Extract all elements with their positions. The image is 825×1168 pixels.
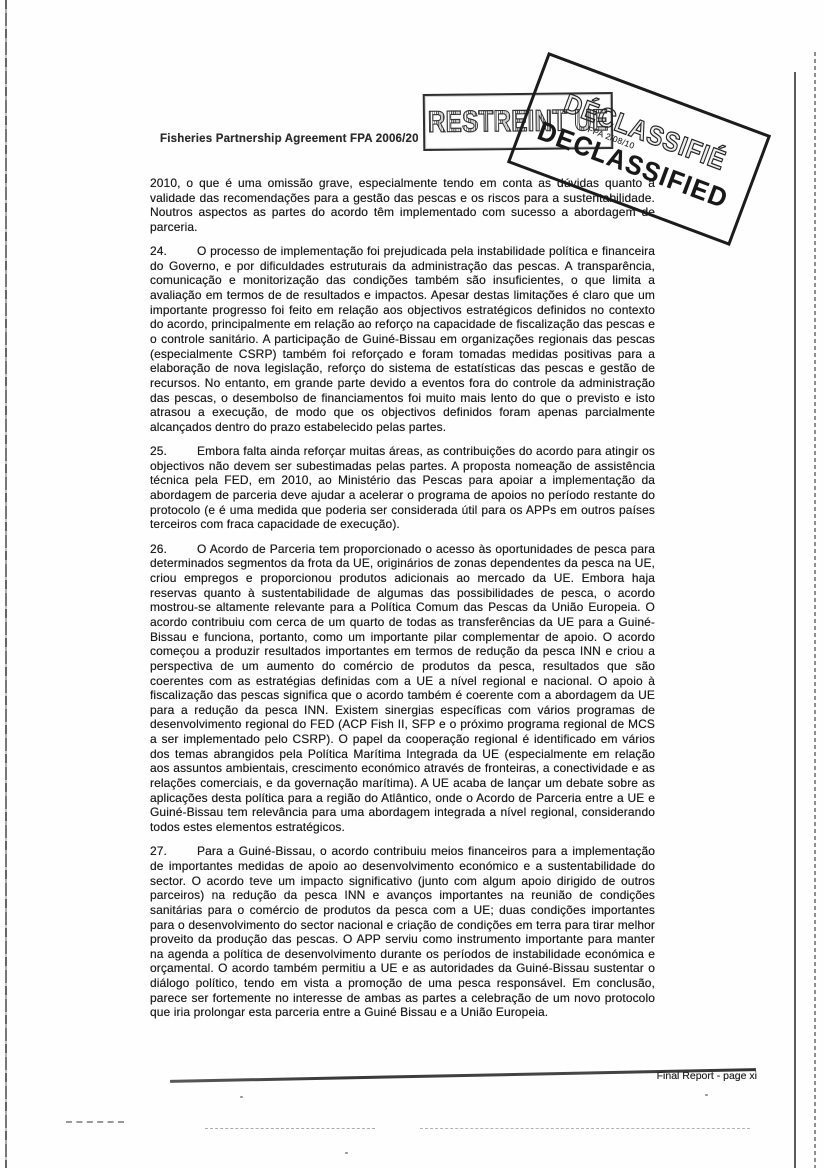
scan-bottom-mark	[420, 1128, 750, 1129]
footer-page-label: Final Report - page xi	[590, 1070, 757, 1082]
scan-edge-right-dashed-artifact	[814, 52, 816, 1168]
scan-speck	[705, 1094, 708, 1096]
paragraph-number: 24.	[150, 244, 197, 259]
scan-edge-left-artifact	[5, 0, 7, 1168]
scan-bottom-mark	[205, 1128, 375, 1129]
paragraph-number: 26.	[150, 542, 197, 557]
paragraph-27: 27.Para a Guiné-Bissau, o acordo contrib…	[150, 844, 655, 1020]
scan-speck	[240, 1096, 243, 1098]
document-header-title: Fisheries Partnership Agreement FPA 2006…	[160, 133, 419, 145]
scan-speck	[345, 1152, 348, 1154]
paragraph-text: Para a Guiné-Bissau, o acordo contribuiu…	[150, 844, 655, 1019]
paragraph-number: 25.	[150, 444, 197, 459]
paragraph-text: 2010, o que é uma omissão grave, especia…	[150, 176, 655, 234]
scanned-document-page: Fisheries Partnership Agreement FPA 2006…	[0, 0, 825, 1168]
paragraph-24: 24.O processo de implementação foi preju…	[150, 244, 655, 435]
paragraph-text: Embora falta ainda reforçar muitas áreas…	[150, 444, 655, 531]
paragraph-25: 25.Embora falta ainda reforçar muitas ár…	[150, 444, 655, 532]
paragraph-continuation: 2010, o que é uma omissão grave, especia…	[150, 176, 655, 235]
paragraph-text: O Acordo de Parceria tem proporcionado o…	[150, 542, 655, 834]
document-body: 2010, o que é uma omissão grave, especia…	[150, 176, 655, 1030]
scan-bottom-mark	[66, 1121, 124, 1123]
paragraph-text: O processo de implementação foi prejudic…	[150, 244, 655, 434]
scan-edge-right-line-artifact	[794, 72, 796, 1168]
paragraph-26: 26.O Acordo de Parceria tem proporcionad…	[150, 542, 655, 835]
paragraph-number: 27.	[150, 844, 197, 859]
